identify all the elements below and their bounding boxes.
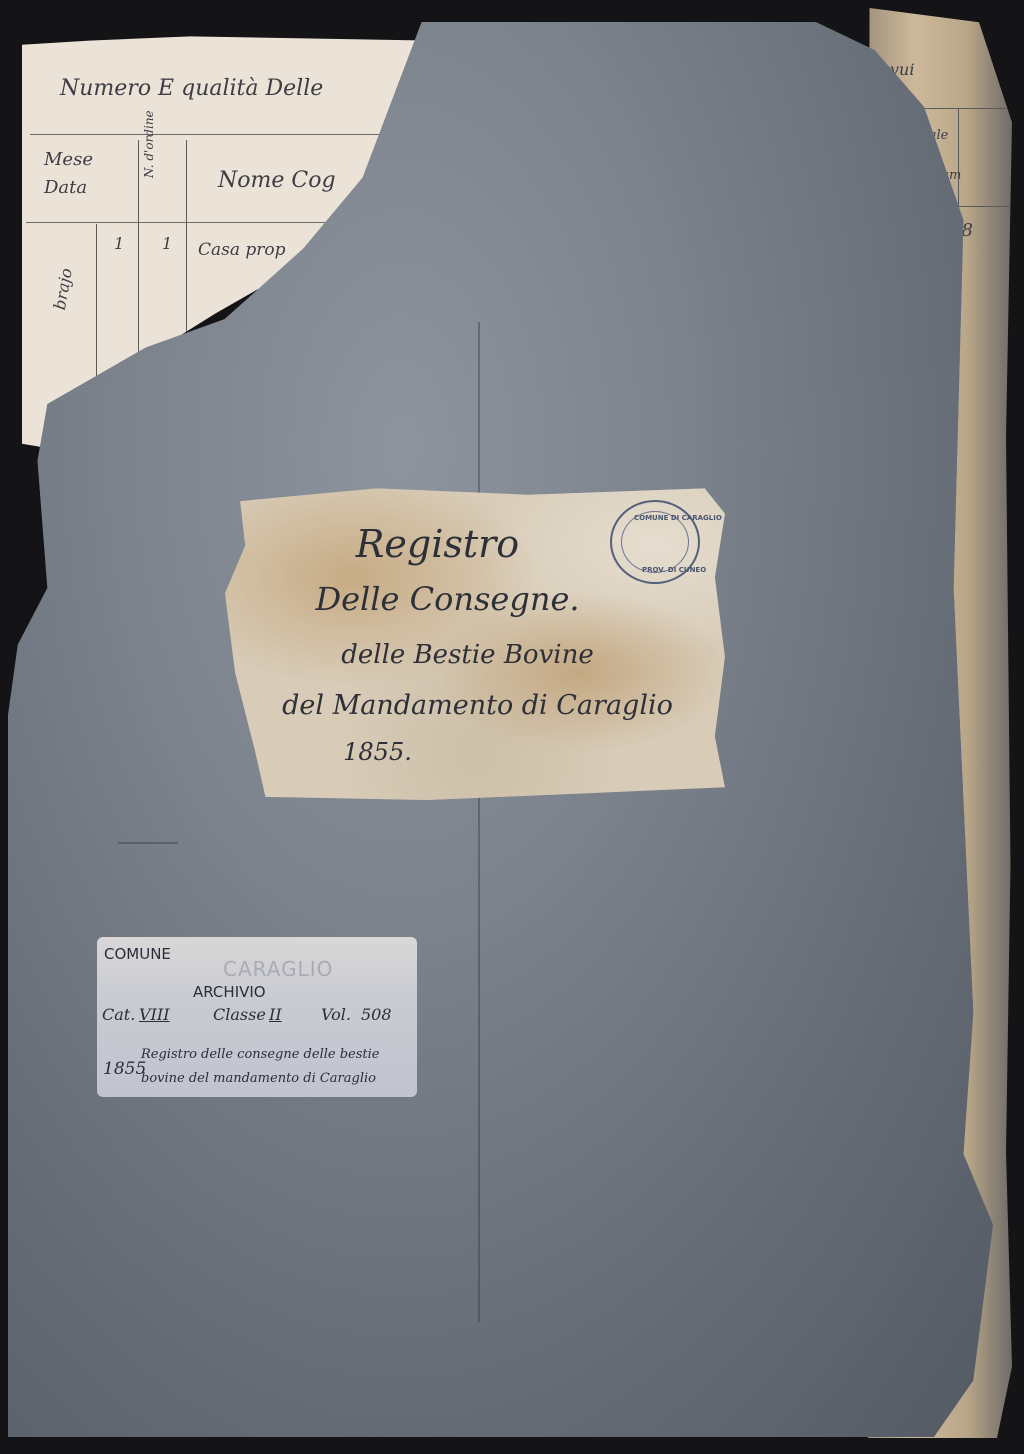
cover-scuff (118, 842, 178, 844)
ledger-rule (30, 134, 430, 135)
tag-comune-name: CARAGLIO (223, 957, 333, 981)
tag-volume-value: 508 (361, 1005, 392, 1024)
title-line-bestie: delle Bestie Bovine (215, 640, 720, 670)
ledger-column-month-date: Mese Data (44, 146, 124, 202)
ledger-cell-date: 1 (114, 234, 124, 253)
tag-categoria-value: VIII (139, 1005, 170, 1024)
ledger-cell-entry: Casa prop (198, 240, 286, 260)
municipal-stamp: COMUNE DI CARAGLIO PROV. DI CUNEO (610, 500, 700, 584)
title-line-consegne: Delle Consegne. (195, 580, 700, 618)
ledger-column-number: N. d'ordine (142, 110, 156, 178)
tag-classe-label: Classe (213, 1005, 266, 1024)
ledger-column-name: Nome Cog (218, 168, 336, 193)
tag-description-line1: Registro delle consegne delle bestie (141, 1047, 379, 1062)
ledger-heading: Numero E qualità Delle (60, 76, 323, 101)
tag-volume-label: Vol. (321, 1005, 351, 1024)
title-line-mandamento: del Mandamento di Caraglio (225, 690, 730, 721)
tag-archivio-label: ARCHIVIO (193, 983, 266, 1001)
tag-description-line2: bovine del mandamento di Caraglio (141, 1071, 376, 1086)
stamp-top-text: COMUNE DI CARAGLIO (634, 514, 722, 522)
cover-crease (478, 322, 480, 1322)
tag-classe-value: II (269, 1005, 282, 1024)
tag-comune-label: COMUNE (104, 945, 171, 963)
stamp-bottom-text: PROV. DI CUNEO (642, 566, 706, 574)
tag-categoria-label: Cat. (102, 1005, 135, 1024)
tag-year: 1855 (103, 1059, 146, 1079)
ledger-cell-number: 1 (162, 234, 172, 253)
ledger-cell-month: brajo (50, 267, 76, 312)
archive-tag: COMUNE CARAGLIO ARCHIVIO Cat. VIII Class… (97, 937, 417, 1097)
